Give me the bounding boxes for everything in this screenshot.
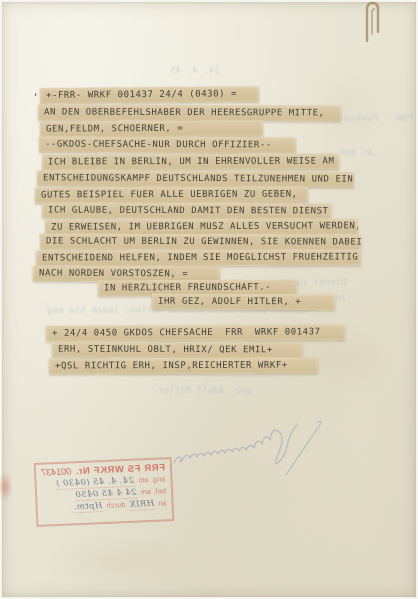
paper-stain [42, 532, 202, 592]
stamp-label: an [158, 500, 167, 507]
telegram-line-strip: ERH, STEINKUHL OBLT, HRIX/ QEK EMIL+ [52, 342, 303, 359]
stamp-handwriting: HRIX [129, 499, 154, 511]
bleed-through-text: gez. Adolf Hitler. [152, 386, 251, 396]
telegram-line-strip: --GKDOS-CHEFSACHE-NUR DURCH OFFIZIER-- [39, 137, 296, 154]
telegram-line-strip: + 24/4 0450 GKDOS CHEFSACHE FRR WRKF 001… [46, 324, 345, 342]
stamp-label: durch [106, 502, 125, 510]
paper: 24. 4. 45 FRR - Funkspruch an den Dienst… [2, 2, 416, 597]
document-photo: 24. 4. 45 FRR - Funkspruch an den Dienst… [0, 0, 418, 599]
telegram-line-strip: +-FRR- WRKF 001437 24/4 (0430) = [40, 86, 259, 104]
stamp-number: 001437 [41, 466, 71, 477]
telegram-line-strip: DIE SCHLACHT UM BERLIN ZU GEWINNEN, SIE … [40, 233, 361, 250]
telegram-line-strip: GEN,FELDM, SCHOERNER, = [40, 120, 263, 137]
receipt-stamp: FRR FS WRKF Nr. 001437 ang. am 24. 4. 45… [34, 457, 175, 527]
telegram-line-strip: ICH GLAUBE, DEUTSCHLAND DAMIT DEN BESTEN… [42, 202, 331, 219]
bleed-through-text: an den [340, 148, 373, 158]
paperclip-icon [360, 0, 386, 42]
telegram-line-strip: +QSL RICHTIG ERH, INSP,REICHERTER WRKF+ [49, 358, 318, 375]
telegram-line-strip: ENTSCHEIDUNGSKAMPF DEUTSCHLANDS TEILZUNE… [37, 170, 354, 187]
ink-mark: , [33, 88, 38, 98]
signature [170, 415, 338, 487]
telegram-line-strip: ICH BLEIBE IN BERLIN, UM IN EHRENVOLLER … [42, 153, 339, 170]
telegram-line-strip: ENTSCHEIDEND HELFEN, INDEM SIE MOEGLICHS… [36, 249, 361, 266]
stamp-label: ang. am [138, 476, 166, 484]
telegram-line-strip: AN DEN OBERBEFEHLSHABER DER HEERESGRUPPE… [38, 104, 341, 121]
stamp-label: bef. am [140, 488, 166, 496]
red-ink-smudge [0, 472, 12, 502]
telegram-line-strip: IHR GEZ, ADOLF HITLER, + [152, 294, 335, 311]
bleed-through-text: 24. 4. 45 [170, 66, 220, 76]
stamp-handwriting: Hptm. [73, 501, 102, 513]
telegram-line-strip: GUTES BEISPIEL FUER ALLE UEBRIGEN ZU GEB… [35, 187, 308, 204]
